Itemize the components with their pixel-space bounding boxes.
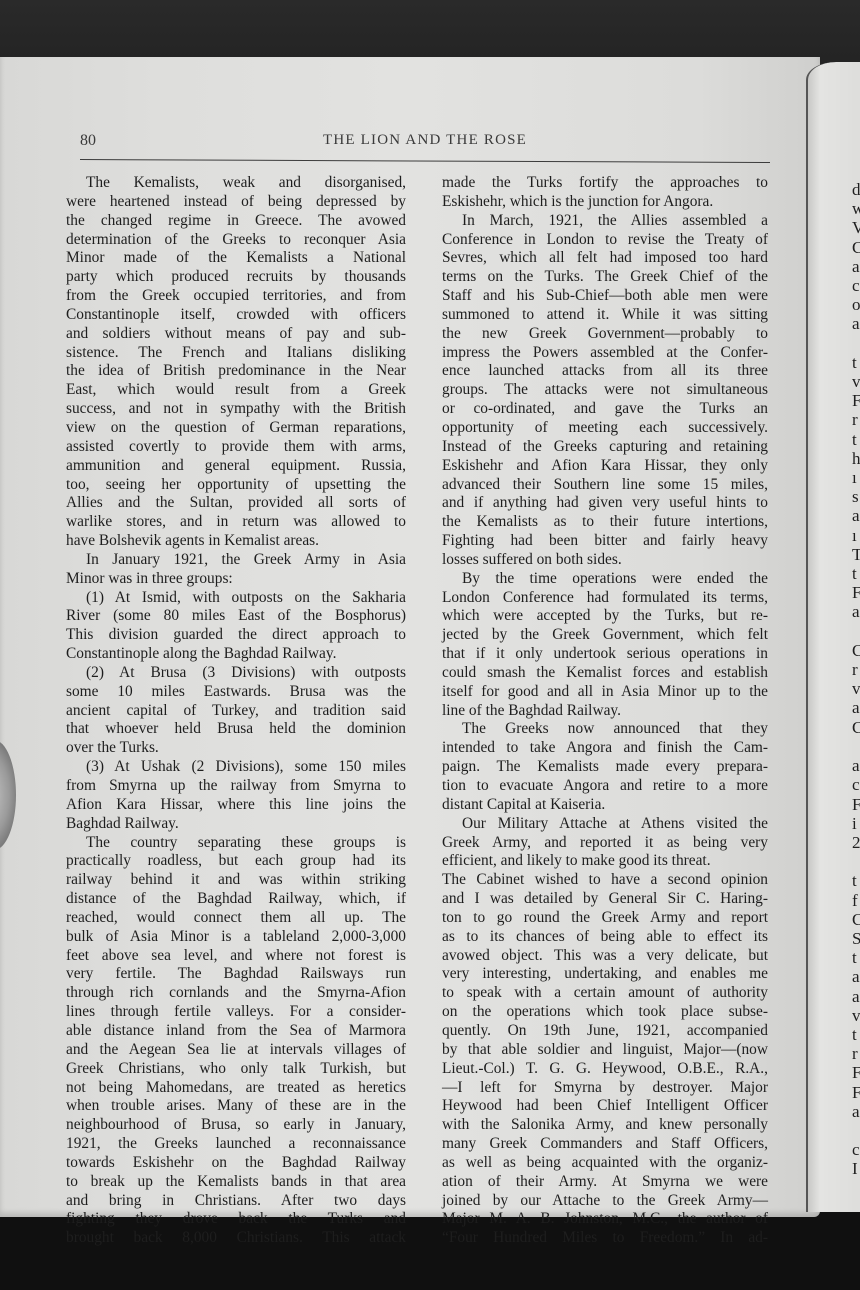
text-line: brought back 8,000 Christians. This atta… [66,1229,406,1248]
text-line: over the Turks. [66,739,406,758]
text-line: itself for good and all in Asia Minor up… [442,683,768,702]
text-line: and the Aegean Sea lie at intervals vill… [66,1041,406,1060]
text-line: the idea of British predominance in the … [66,362,406,381]
text-line: efficient, and likely to make good its t… [442,852,768,871]
text-line: from Smyrna up the railway from Smyrna t… [66,777,406,796]
text-line: joined by our Attache to the Greek Army— [442,1192,768,1211]
text-line: The Cabinet wished to have a second opin… [442,871,768,890]
adjacent-page-text: d w V C a c o a t v F r t h ı s a ı T t … [852,180,860,1212]
text-line: River (some 80 miles East of the Bosphor… [66,607,406,626]
text-line: through rich cornlands and the Smyrna-Af… [66,984,406,1003]
text-line: distant Capital at Kaiseria. [442,796,768,815]
text-line: or co-ordinated, and gave the Turks an [442,400,768,419]
text-line: fighting they drove back the Turks and [66,1210,406,1229]
text-line: (1) At Ismid, with outposts on the Sakha… [66,589,406,608]
text-line: very interesting, undertaking, and enabl… [442,965,768,984]
text-line: East, which would result from a Greek [66,381,406,400]
text-line: 1921, the Greeks launched a reconnaissan… [66,1135,406,1154]
text-line: distance of the Baghdad Railway, which, … [66,890,406,909]
text-line: ton to go round the Greek Army and repor… [442,909,768,928]
text-line: many Greek Commanders and Staff Officers… [442,1135,768,1154]
text-line: In January 1921, the Greek Army in Asia [66,551,406,570]
text-line: paign. The Kemalists made every prepara- [442,758,768,777]
text-line: to break up the Kemalists bands in that … [66,1173,406,1192]
text-line: ence launched attacks from all its three [442,362,768,381]
text-line: advanced their Southern line some 15 mil… [442,476,768,495]
text-line: impress the Powers assembled at the Conf… [442,344,768,363]
text-line: Minor made of the Kemalists a National [66,249,406,268]
text-line: Conference in London to revise the Treat… [442,231,768,250]
text-line: neighbourhood of Brusa, so early in Janu… [66,1116,406,1135]
text-line: determination of the Greeks to reconquer… [66,231,406,250]
text-line: too, seeing her opportunity of upsetting… [66,476,406,495]
text-line: line of the Baghdad Railway. [442,702,768,721]
text-line: which were accepted by the Turks, but re… [442,607,768,626]
right-column: made the Turks fortify the approaches to… [442,174,768,1248]
text-line: Minor was in three groups: [66,570,406,589]
text-line: “Four Hundred Miles to Freedom.” In ad- [442,1229,768,1248]
text-line: Our Military Attache at Athens visited t… [442,815,768,834]
text-line: very fertile. The Baghdad Railsways run [66,965,406,984]
text-line: when trouble arises. Many of these are i… [66,1097,406,1116]
text-line: assisted covertly to provide them with a… [66,438,406,457]
text-line: quently. On 19th June, 1921, accompanied [442,1022,768,1041]
text-line: made the Turks fortify the approaches to [442,174,768,193]
text-line: success, and not in sympathy with the Br… [66,400,406,419]
text-line: railway behind it and was within strikin… [66,871,406,890]
text-line: that if it only undertook serious operat… [442,645,768,664]
text-line: Eskishehr and Afion Kara Hissar, they on… [442,457,768,476]
text-line: to speak with a certain amount of author… [442,984,768,1003]
text-line: summoned to attend it. While it was sitt… [442,306,768,325]
text-line: (3) At Ushak (2 Divisions), some 150 mil… [66,758,406,777]
text-line: as to its chances of being able to effec… [442,928,768,947]
text-line: opportunity of meeting each successively… [442,419,768,438]
text-line: that whoever held Brusa held the dominio… [66,720,406,739]
text-line: party which produced recruits by thousan… [66,268,406,287]
left-column: The Kemalists, weak and disorganised,wer… [66,174,406,1248]
text-line: view on the question of German reparatio… [66,419,406,438]
text-line: Staff and his Sub-Chief—both able men we… [442,287,768,306]
text-line: By the time operations were ended the [442,570,768,589]
text-line: as well as being acquainted with the org… [442,1154,768,1173]
text-line: Lieut.-Col.) T. G. G. Heywood, O.B.E., R… [442,1060,768,1079]
text-line: on the operations which took place subse… [442,1003,768,1022]
text-line: by that able soldier and linguist, Major… [442,1041,768,1060]
text-line: reached, would connect them all up. The [66,909,406,928]
text-line: tion to evacuate Angora and retire to a … [442,777,768,796]
text-line: the new Greek Government—probably to [442,325,768,344]
text-line: feet above sea level, and where not fore… [66,947,406,966]
text-line: Fighting had been bitter and fairly heav… [442,532,768,551]
text-line: jected by the Greek Government, which fe… [442,626,768,645]
adjacent-page-edge: d w V C a c o a t v F r t h ı s a ı T t … [806,62,860,1212]
text-line: Baghdad Railway. [66,815,406,834]
text-line: with the Salonika Army, and knew persona… [442,1116,768,1135]
text-line: intended to take Angora and finish the C… [442,739,768,758]
text-line: from the Greek occupied territories, and… [66,287,406,306]
text-line: ation of their Army. At Smyrna we were [442,1173,768,1192]
text-line: Heywood had been Chief Intelligent Offic… [442,1097,768,1116]
text-line: losses suffered on both sides. [442,551,768,570]
text-line: Afion Kara Hissar, where this line joins… [66,796,406,815]
text-line: the changed regime in Greece. The avowed [66,212,406,231]
text-line: sistence. The French and Italians dislik… [66,344,406,363]
text-line: practically roadless, but each group had… [66,852,406,871]
text-line: The Greeks now announced that they [442,720,768,739]
text-line: terms on the Turks. The Greek Chief of t… [442,268,768,287]
text-line: could smash the Kemalist forces and esta… [442,664,768,683]
text-line: avowed object. This was a very delicate,… [442,947,768,966]
text-line: Greek Army, and reported it as being ver… [442,834,768,853]
text-line: Sevres, which all felt had imposed too h… [442,249,768,268]
text-line: ammunition and general equipment. Russia… [66,457,406,476]
text-line: and soldiers without means of pay and su… [66,325,406,344]
text-line: ancient capital of Turkey, and tradition… [66,702,406,721]
text-line: Eskishehr, which is the junction for Ang… [442,193,768,212]
text-line: Constantinople along the Baghdad Railway… [66,645,406,664]
text-line: the Kemalists as to their future interti… [442,513,768,532]
page-header: 80 THE LION AND THE ROSE [80,128,770,150]
text-line: not being Mahomedans, are treated as her… [66,1079,406,1098]
text-line: Constantinople itself, crowded with offi… [66,306,406,325]
text-line: able distance inland from the Sea of Mar… [66,1022,406,1041]
text-line: some 10 miles Eastwards. Brusa was the [66,683,406,702]
text-line: towards Eskishehr on the Baghdad Railway [66,1154,406,1173]
text-line: Instead of the Greeks capturing and reta… [442,438,768,457]
text-line: Greek Christians, who only talk Turkish,… [66,1060,406,1079]
text-line: and bring in Christians. After two days [66,1192,406,1211]
text-line: London Conference had formulated its ter… [442,589,768,608]
text-line: were heartened instead of being depresse… [66,193,406,212]
text-line: and I was detailed by General Sir C. Har… [442,890,768,909]
text-line: The country separating these groups is [66,834,406,853]
text-line: groups. The attacks were not simultaneou… [442,381,768,400]
text-line: Major M. A. B. Johnston, M.C., the autho… [442,1210,768,1229]
text-line: lines through fertile valleys. For a con… [66,1003,406,1022]
text-line: bulk of Asia Minor is a tableland 2,000-… [66,928,406,947]
text-line: have Bolshevik agents in Kemalist areas. [66,532,406,551]
text-line: The Kemalists, weak and disorganised, [66,174,406,193]
text-line: In March, 1921, the Allies assembled a [442,212,768,231]
text-line: This division guarded the direct approac… [66,626,406,645]
text-line: and if anything had given very useful hi… [442,494,768,513]
text-line: Allies and the Sultan, provided all sort… [66,494,406,513]
text-line: (2) At Brusa (3 Divisions) with outposts [66,664,406,683]
text-line: warlike stores, and in return was allowe… [66,513,406,532]
text-line: —I left for Smyrna by destroyer. Major [442,1079,768,1098]
running-title: THE LION AND THE ROSE [80,132,770,149]
